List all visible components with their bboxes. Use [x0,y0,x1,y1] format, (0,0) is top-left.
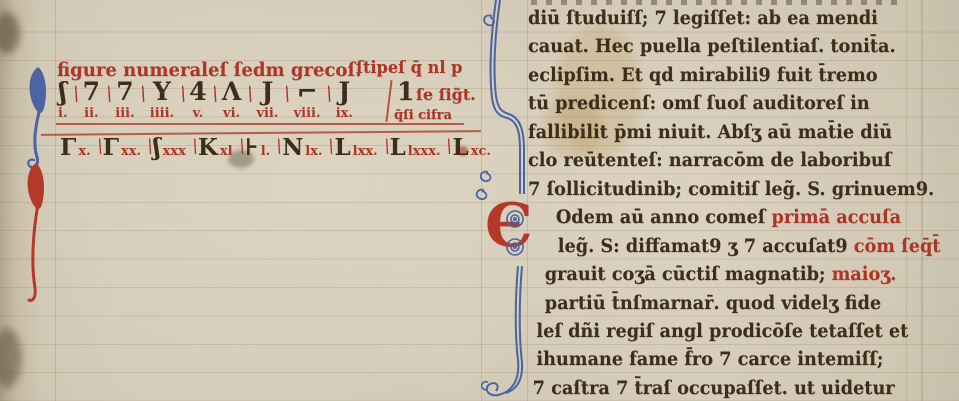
numeral-item: L lxx. \ [334,136,389,160]
right-column-body: diū ſtuduiſſ; 7 legiſſet: ab ea mendi ca… [528,4,940,401]
text-segment: grauit coʒā cūctiſ magnatib; [545,263,832,285]
numeral-item: 7 iii. \ [115,79,147,120]
numeral-glyph: Γ [103,136,119,160]
numeral-item: L lxxx. \ [390,136,453,160]
separator-stroke: \ [177,83,189,106]
numeral-label: lxxx. [408,144,441,159]
stipes-glyph: 1 [397,77,414,106]
text-segment: diū ſtuduiſſ; 7 legiſſet: ab ea mendi [528,7,878,29]
numeral-item: K xl \ [198,136,245,160]
rubric-segment: maioʒ. [832,263,897,285]
numeral-label: viii. [294,107,321,120]
numeral-glyph: N [282,136,303,160]
numeral-glyph: Y [153,79,171,105]
text-line: diū ſtuduiſſ; 7 legiſſet: ab ea mendi [528,4,940,32]
numeral-item: L xc. [453,136,503,160]
numeral-item: Λ vi. \ [222,79,254,120]
numeral-item: N lx. \ [282,136,334,160]
text-line: cauat. Hec puella peſtilentiaſ. tonit̄a. [528,32,940,60]
text-line: Odem aū anno comeſ primā accuſa [556,203,941,231]
text-line: grauit coʒā cūctiſ magnatib; maioʒ. [545,260,941,288]
numeral-label: ii. [84,107,98,120]
separator-stroke: \ [103,83,115,106]
numeral-label: lx. [305,144,322,159]
text-line: leſ dñi regiſ angl prodicōſe tetaſſet et [536,317,940,345]
numeral-glyph: L [334,136,350,160]
numeral-item: J ix. [336,79,366,120]
text-line: leg̃. S: diffamat9 ʒ 7 accuſat9 cōm ſeq̄… [558,232,941,260]
separator-stroke: \ [281,83,293,106]
numeral-item: Γ xx. \ [103,136,153,160]
numeral-row-units: ʃ i. \ 7 ii. \ 7 iii. \ Y iiii. \ 4 v. \… [58,79,366,120]
red-rule [56,123,464,125]
numeral-label: iii. [115,107,134,120]
numeral-glyph: L [453,136,469,160]
text-segment: fallibilit p̄mi niuit. Abſʒ aū mat̄ie di… [528,121,892,143]
numeral-glyph: Λ [222,79,241,105]
numeral-item: J vii. \ [256,79,291,120]
rubric-segment: cōm ſeq̄t̄ [854,235,941,257]
separator-stroke: \ [324,83,336,106]
numeral-item: ⌐ viii. \ [294,79,334,120]
separator-stroke: \ [138,83,150,106]
numeral-glyph: ⌐ [297,79,318,105]
numeral-glyph: J [262,79,274,105]
numeral-item: 4 v. \ [189,79,219,120]
text-segment: 7 caſtra 7 t̄raſ occupaſſet. ut uidetur [533,377,895,399]
text-segment: leg̃. S: diffamat9 ʒ 7 accuſat9 [558,235,854,257]
numeral-label: i. [58,107,67,120]
column-divider-rule [481,0,482,401]
text-line: clo reūtenteſ: narracōm de laboribuſ [528,146,940,174]
text-line: ihumane fame f̄ro 7 carce intemiſſ; [536,345,940,373]
numeral-item: Γ x. \ [60,136,103,160]
numeral-label: vii. [256,107,278,120]
drop-cap-initial: Є [485,196,533,256]
numeral-label: vi. [223,107,240,120]
rubric-segment: primā accuſa [772,206,902,228]
numeral-label: xc. [471,144,491,159]
manuscript-page: figure numeraleſ ſedm grecoſ. ſtipeſ q̄ … [0,0,959,401]
stipes-note: q̄ſi cifra [394,108,452,123]
rubric-note: ſtipeſ q̄ nl p [356,58,462,78]
text-segment: cauat. Hec puella peſtilentiaſ. tonit̄a. [528,35,896,57]
numeral-glyph: Γ [60,136,76,160]
numeral-label: x. [78,144,90,159]
text-segment: clo reūtenteſ: narracōm de laboribuſ [528,149,891,171]
numeral-item: ʃ xxx \ [153,136,198,160]
text-segment: ihumane fame f̄ro 7 carce intemiſſ; [536,348,883,370]
text-segment: partiū t̄nſmarnar̄. quod videlʒ fide [545,292,881,314]
separator-stroke: \ [244,83,256,106]
numeral-item: 7 ii. \ [83,79,113,120]
numeral-glyph: ʃ [59,79,67,105]
text-line: tū predicenſ: omſ ſuoſ auditoreſ in [528,89,940,117]
text-segment: leſ dñi regiſ angl prodicōſe tetaſſet et [536,320,908,342]
numeral-item: Y iiii. \ [150,79,187,120]
numeral-glyph: 7 [83,79,100,105]
text-segment: eclipſim. Et qd mirabili9 fuit t̄remo [528,64,878,86]
numeral-label: xx. [121,144,141,159]
text-line: 7 caſtra 7 t̄raſ occupaſſet. ut uidetur [533,374,941,401]
left-margin-rule [55,0,56,401]
numeral-item: ʃ i. \ [58,79,80,120]
numeral-label: lxx. [353,144,378,159]
separator-stroke: \ [70,83,82,106]
text-segment: Odem aū anno comeſ [556,206,772,228]
separator-stroke: \ [210,83,222,106]
numeral-row-tens: Γ x. \ Γ xx. \ ʃ xxx \ K xl \ ⊦ l. \ N l… [60,136,484,160]
text-line: 7 ſollicitudinib; comitiſ leg̃. S. grinu… [528,175,940,203]
numeral-glyph: J [338,79,350,105]
stipes-note: ſe ſig̃t. [416,85,476,104]
text-segment: tū predicenſ: omſ ſuoſ auditoreſ in [528,92,870,114]
text-line: partiū t̄nſmarnar̄. quod videlʒ fide [545,289,941,317]
text-line: eclipſim. Et qd mirabili9 fuit t̄remo [528,61,940,89]
numeral-label: l. [261,144,270,159]
text-line: fallibilit p̄mi niuit. Abſʒ aū mat̄ie di… [528,118,940,146]
numeral-label: iiii. [150,107,174,120]
text-segment: 7 ſollicitudinib; comitiſ leg̃. S. grinu… [528,178,934,200]
numeral-label: xl [220,144,233,159]
numeral-label: v. [193,107,204,120]
numeral-glyph: L [390,136,406,160]
numeral-glyph: ʃ [153,136,161,160]
numeral-label: ix. [336,107,353,120]
numeral-glyph: ⊦ [245,136,259,160]
numeral-label: xxx [163,144,186,159]
numeral-glyph: 7 [116,79,133,105]
numeral-glyph: 4 [189,79,206,105]
numeral-item: ⊦ l. \ [245,136,283,160]
numeral-glyph: K [198,136,218,160]
